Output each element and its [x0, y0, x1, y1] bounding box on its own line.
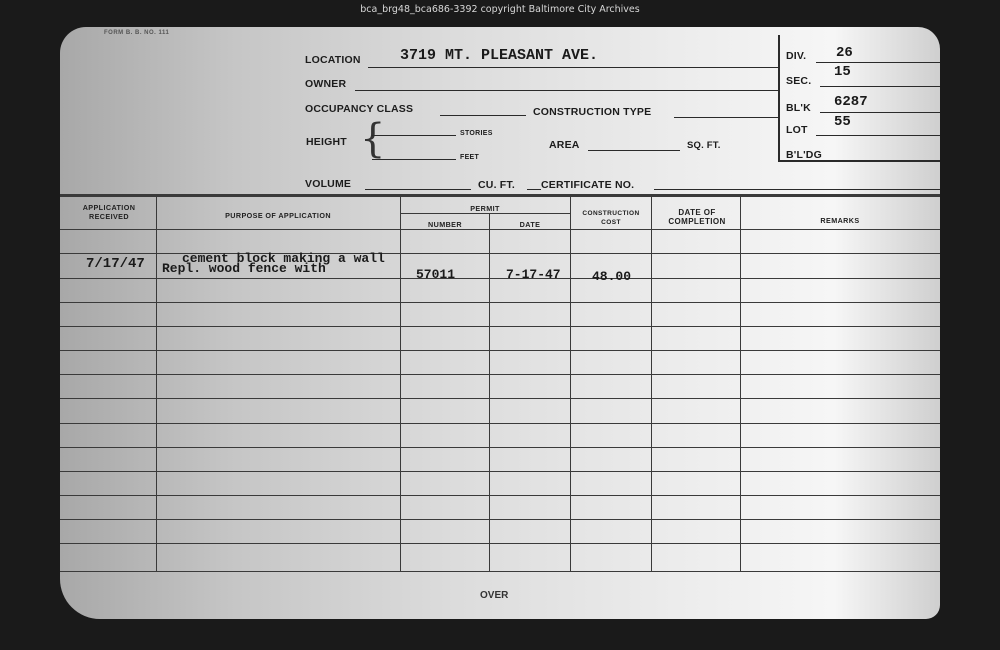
- location-value: 3719 MT. PLEASANT AVE.: [400, 47, 598, 64]
- row-line: [60, 278, 940, 279]
- image-caption: bca_brg48_bca686-3392 copyright Baltimor…: [0, 4, 1000, 15]
- col-divider-4: [570, 195, 571, 571]
- lot-label: LOT: [786, 124, 808, 136]
- row-line: [60, 495, 940, 496]
- header-permit: PERMIT: [402, 204, 568, 213]
- volume-unit: CU. FT.: [478, 179, 515, 191]
- cell-application-received: 7/17/47: [86, 256, 145, 272]
- over-label: OVER: [480, 590, 508, 601]
- height-brace: {: [360, 119, 385, 159]
- col-divider-2: [400, 195, 401, 571]
- col-divider-1: [156, 195, 157, 571]
- owner-label: OWNER: [305, 78, 346, 90]
- area-label: AREA: [549, 139, 580, 151]
- blk-label: BL'K: [786, 102, 811, 114]
- cell-construction-cost: 48.00: [592, 269, 631, 284]
- cell-permit-date: 7-17-47: [506, 267, 561, 282]
- permit-record-card: FORM B. B. NO. 111 LOCATION 3719 MT. PLE…: [60, 27, 940, 619]
- blk-line: [820, 112, 940, 113]
- header-remarks: REMARKS: [742, 216, 938, 225]
- volume-gap-line: [527, 189, 541, 190]
- blk-value: 6287: [834, 94, 868, 110]
- form-number: FORM B. B. NO. 111: [104, 30, 169, 36]
- header-purpose: PURPOSE OF APPLICATION: [158, 211, 398, 220]
- lot-info-box: DIV. 26 SEC. 15 BL'K 6287 LOT 55 B'L'DG: [778, 35, 940, 162]
- occupancy-class-line: [440, 115, 526, 116]
- row-line: [60, 471, 940, 472]
- col-divider-3: [489, 213, 490, 571]
- area-unit: SQ. FT.: [687, 140, 721, 151]
- div-value: 26: [836, 45, 853, 61]
- table-header-bottom: [60, 229, 940, 230]
- row-line: [60, 571, 940, 572]
- occupancy-class-label: OCCUPANCY CLASS: [305, 103, 413, 115]
- header-construction-cost: CONSTRUCTION COST: [574, 209, 648, 227]
- col-divider-6: [740, 195, 741, 571]
- construction-type-label: CONSTRUCTION TYPE: [533, 106, 651, 118]
- row-line: [60, 543, 940, 544]
- header-permit-date: DATE: [491, 220, 569, 229]
- row-line: [60, 326, 940, 327]
- construction-type-line: [674, 117, 778, 118]
- feet-line: [372, 159, 456, 160]
- header-date-of-completion: DATE OF COMPLETION: [656, 208, 738, 226]
- row-line: [60, 447, 940, 448]
- permit-header-divider: [400, 213, 570, 214]
- row-line: [60, 302, 940, 303]
- location-label: LOCATION: [305, 54, 361, 66]
- stories-label: STORIES: [460, 130, 493, 137]
- row-line: [60, 423, 940, 424]
- col-divider-5: [651, 195, 652, 571]
- div-line: [816, 62, 940, 63]
- certificate-no-label: CERTIFICATE NO.: [541, 179, 634, 191]
- row-line: [60, 398, 940, 399]
- lot-line: [816, 135, 940, 136]
- row-line: [60, 350, 940, 351]
- header-application-received: APPLICATION RECEIVED: [64, 203, 154, 221]
- owner-line: [355, 90, 778, 91]
- cell-purpose-line2: Repl. wood fence with: [162, 261, 326, 276]
- cell-permit-number: 57011: [416, 267, 455, 282]
- sec-line: [820, 86, 940, 87]
- row-line: [60, 374, 940, 375]
- div-label: DIV.: [786, 50, 806, 62]
- volume-line: [365, 189, 471, 190]
- table-top-border: [60, 194, 940, 197]
- volume-label: VOLUME: [305, 178, 351, 190]
- certificate-no-line: [654, 189, 940, 190]
- feet-label: FEET: [460, 154, 479, 161]
- sec-label: SEC.: [786, 75, 811, 87]
- bldg-label: B'L'DG: [786, 149, 822, 161]
- stories-line: [372, 135, 456, 136]
- location-line: [368, 67, 778, 68]
- row-line: [60, 519, 940, 520]
- height-label: HEIGHT: [306, 136, 347, 148]
- sec-value: 15: [834, 64, 851, 80]
- header-permit-number: NUMBER: [402, 220, 488, 229]
- lot-value: 55: [834, 114, 851, 130]
- area-line: [588, 150, 680, 151]
